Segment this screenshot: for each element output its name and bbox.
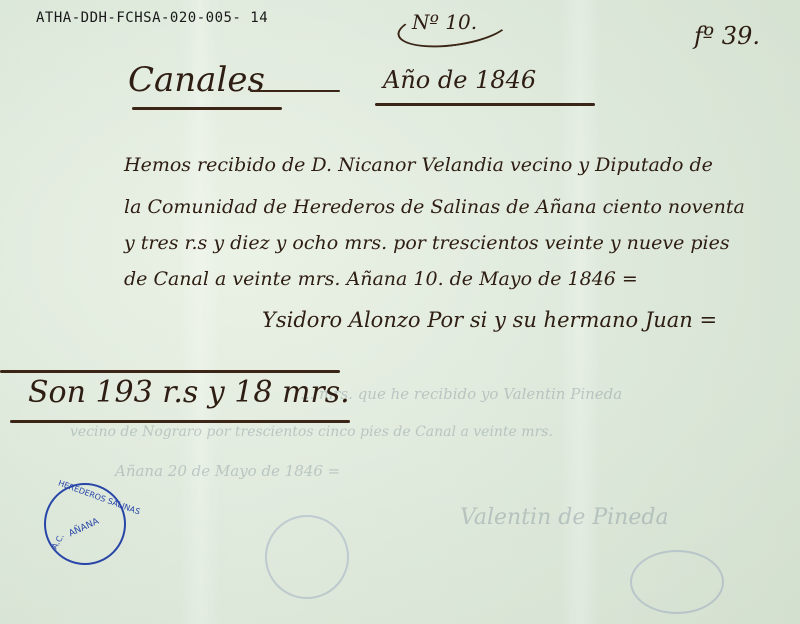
body-line: de Canal a veinte mrs. Añana 10. de Mayo…: [124, 268, 638, 290]
heading-year: Año de 1846: [383, 66, 536, 94]
stamp-center-text: AÑANA: [67, 517, 100, 540]
document-number: Nº 10.: [412, 10, 477, 34]
stamp-top-text: HEREDEROS SALINAS: [57, 478, 141, 516]
bleed-through-stamp: [265, 515, 349, 599]
year-underline: [375, 103, 595, 106]
bleed-through-stamp: [630, 550, 724, 614]
bleed-through-signature: Valentin de Pineda: [460, 505, 669, 530]
document-page: ... mrs. que he recibido yo Valentin Pin…: [0, 0, 800, 624]
signature-line: Ysidoro Alonzo Por si y su hermano Juan …: [262, 308, 717, 332]
heirs-stamp: HEREDEROS SALINAS A.C. AÑANA: [44, 483, 126, 565]
heading-title: Canales: [128, 60, 265, 100]
folio-number: fº 39.: [694, 22, 760, 50]
body-line: la Comunidad de Herederos de Salinas de …: [124, 196, 745, 218]
heading-underline: [132, 107, 282, 110]
body-line: Hemos recibido de D. Nicanor Velandia ve…: [124, 154, 713, 176]
stamp-left-text: A.C.: [50, 532, 66, 550]
amount-bottom-rule: [10, 420, 350, 423]
body-line: y tres r.s y diez y ocho mrs. por tresci…: [124, 232, 730, 254]
amount-top-rule: [0, 370, 340, 373]
bleed-through-line: vecino de Nograro por trescientos cinco …: [70, 424, 553, 440]
bleed-through-line: Añana 20 de Mayo de 1846 =: [115, 462, 340, 480]
archive-reference: ATHA-DDH-FCHSA-020-005- 14: [36, 10, 268, 26]
amount-line: Son 193 r.s y 18 mrs.: [28, 375, 350, 410]
heading-dash: [250, 90, 340, 92]
